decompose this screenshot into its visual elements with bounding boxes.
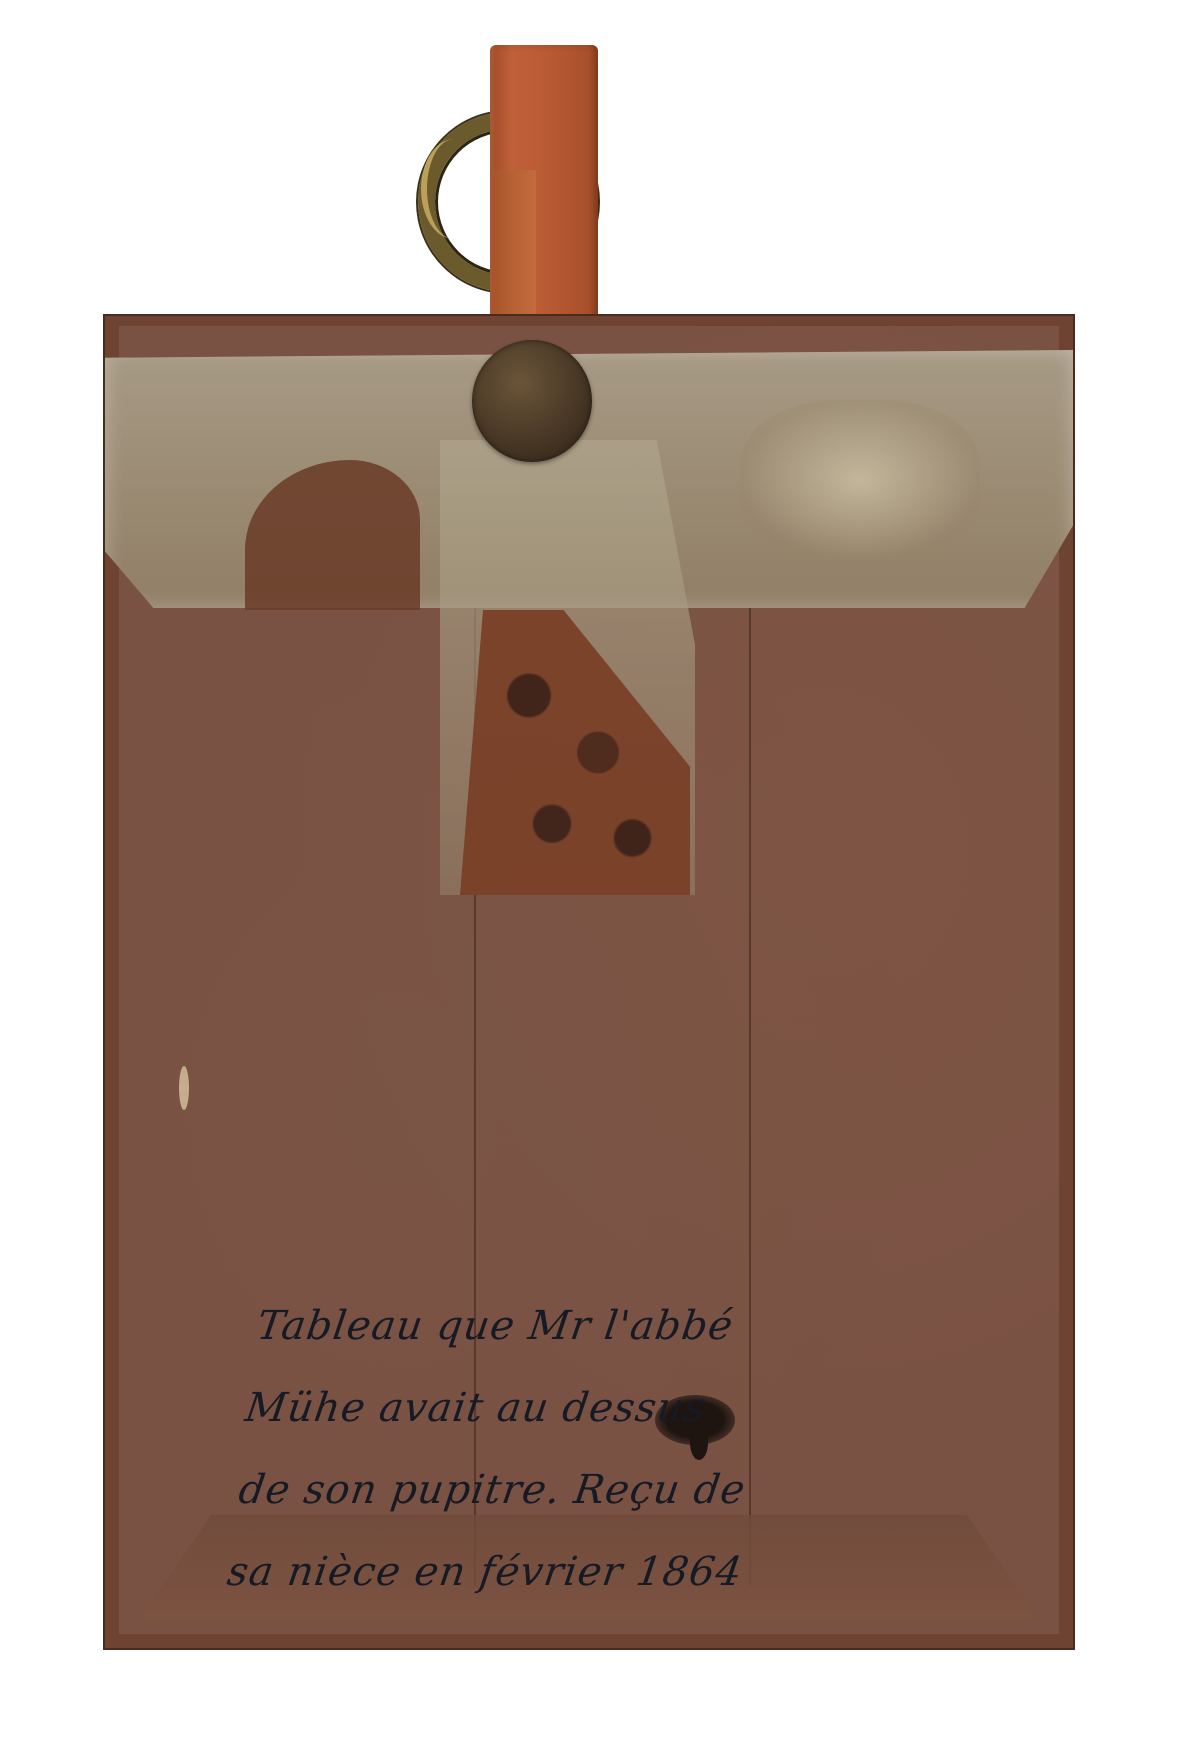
inscription-line-2: Mühe avait au dessus	[240, 1367, 1052, 1449]
inscription-line-1: Tableau que Mr l'abbé	[252, 1285, 1064, 1367]
photo-scene: Tableau que Mr l'abbé Mühe avait au dess…	[0, 0, 1200, 1739]
handwritten-inscription: Tableau que Mr l'abbé Mühe avait au dess…	[217, 1285, 1063, 1613]
leather-strap-fold	[492, 170, 536, 340]
wear-mark	[179, 1066, 189, 1110]
inscription-line-4: sa nièce en février 1864	[217, 1531, 1029, 1613]
inscription-line-3: de son pupitre. Reçu de	[228, 1449, 1040, 1531]
tape-residue-right	[740, 400, 980, 560]
nail-head-icon	[472, 340, 592, 462]
